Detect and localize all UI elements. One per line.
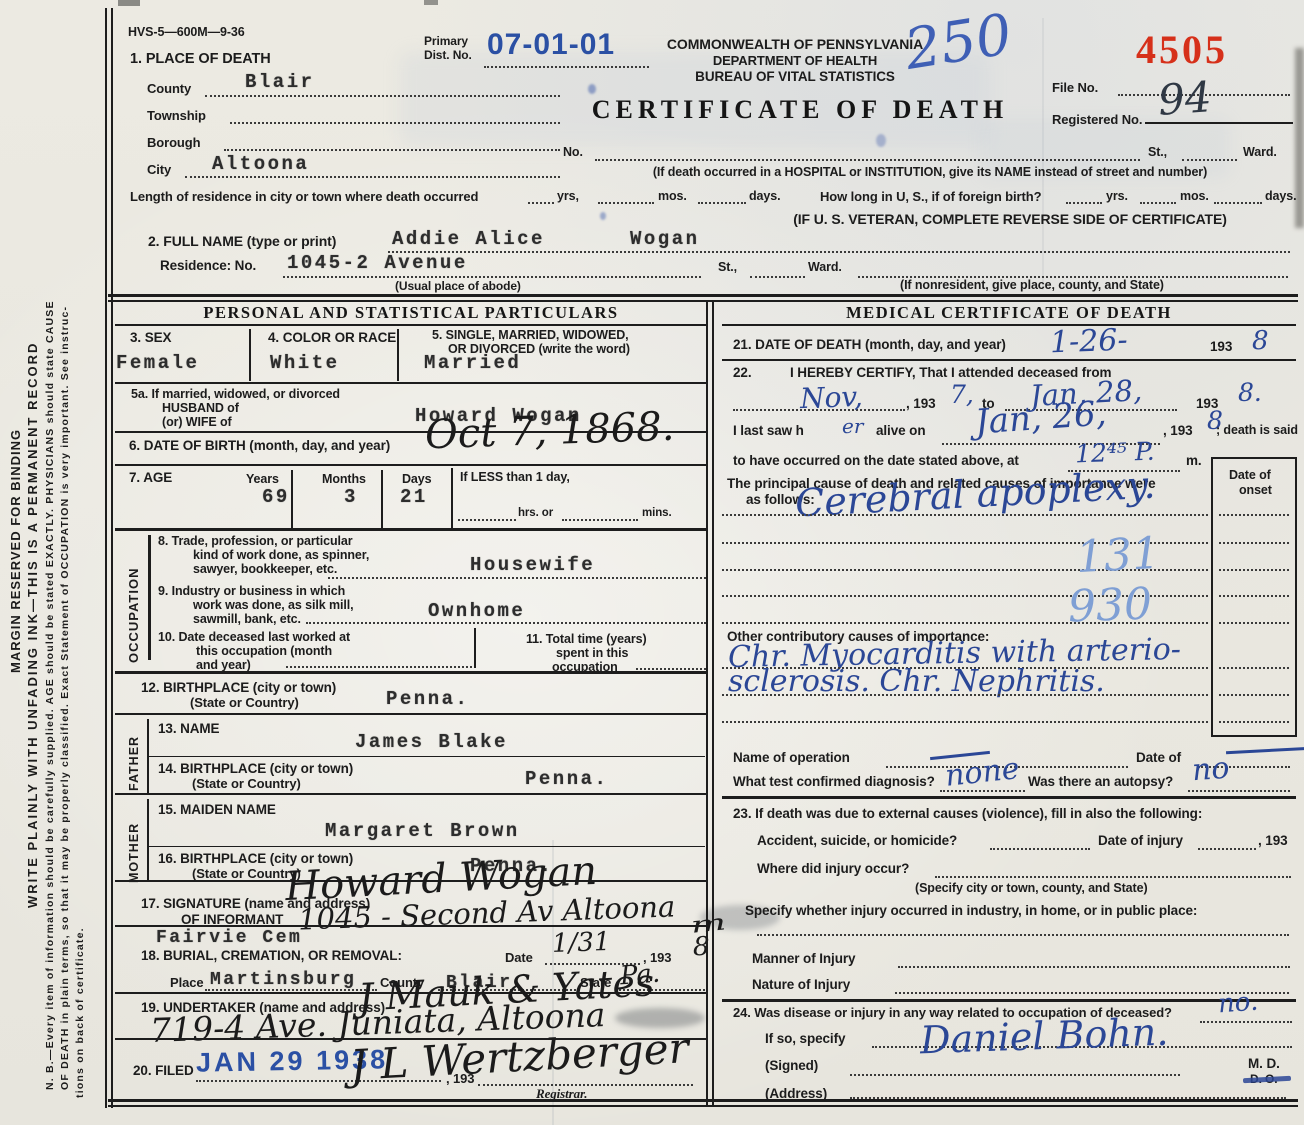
dob-value: Oct 7, 1868. [424, 404, 675, 459]
cause-code-2: 930 [1067, 579, 1153, 633]
full-name-last: Wogan [630, 228, 700, 250]
months-label: Months [322, 472, 366, 486]
days2-line [1214, 202, 1262, 204]
injury-date-label: Date of injury [1098, 833, 1183, 848]
mother-name-value: Margaret Brown [325, 820, 520, 842]
residence-line [283, 276, 701, 278]
operation-label: Name of operation [733, 750, 850, 765]
burial-date-value: 1/31 [551, 927, 610, 959]
primary-dist-stamp: 07-01-01 [487, 28, 615, 62]
specify-injury-label: Specify whether injury occurred in indus… [745, 903, 1197, 918]
race-marital-divider [397, 329, 399, 381]
hrs-line [458, 519, 516, 521]
race-label: 4. COLOR OR RACE [268, 330, 396, 345]
date-of-death-label: 21. DATE OF DEATH (month, day, and year) [733, 337, 1006, 352]
lastsaw-text-3: ; death is said [1216, 423, 1298, 437]
lastsaw-date: Jan, 26, [974, 393, 1108, 442]
trade-label-1: 8. Trade, profession, or particular [158, 534, 352, 548]
marital-label-1: 5. SINGLE, MARRIED, WIDOWED, [432, 328, 629, 342]
age-bottom-rule [115, 528, 707, 531]
onset-box-left [1211, 457, 1213, 737]
certificate-number: 4505 [1112, 26, 1252, 73]
less-than-day-label: If LESS than 1 day, [460, 470, 570, 484]
place-of-death-heading: 1. PLACE OF DEATH [130, 51, 271, 67]
informant-rule [115, 925, 707, 927]
injury-date-line [1198, 848, 1256, 850]
dob-label: 6. DATE OF BIRTH (month, day, and year) [129, 438, 390, 453]
burial-date-label: Date [505, 950, 533, 965]
medical-section-title: MEDICAL CERTIFICATE OF DEATH [722, 303, 1296, 323]
registered-no-line [1145, 122, 1293, 124]
test-label: What test confirmed diagnosis? [733, 774, 935, 789]
cause-code-1: 131 [1075, 528, 1162, 583]
foreign-birth-label: How long in U, S., if of foreign birth? [820, 189, 1041, 204]
mother-bracket [147, 799, 149, 881]
bottom-rule-2 [108, 1105, 1298, 1107]
race-value: White [270, 352, 340, 374]
md-label: M. D. [1248, 1056, 1280, 1071]
birthplace-label-1: 12. BIRTHPLACE (city or town) [141, 680, 336, 695]
column-divider-2 [712, 300, 714, 1106]
mother-name-line [148, 846, 705, 847]
father-bp-label-1: 14. BIRTHPLACE (city or town) [158, 761, 353, 776]
autopsy-label: Was there an autopsy? [1028, 774, 1173, 789]
personal-section-title: PERSONAL AND STATISTICAL PARTICULARS [115, 303, 707, 323]
ward-label: Ward. [1243, 145, 1277, 159]
full-name-first: Addie Alice [392, 228, 545, 250]
days-age-label: Days [402, 472, 431, 486]
where-injury-note: (Specify city or town, county, and State… [915, 881, 1148, 895]
injury-year-prefix: , 193 [1258, 833, 1288, 848]
onset-line [1219, 694, 1289, 696]
if-so-label: If so, specify [765, 1031, 845, 1046]
occupation-side-label: OCCUPATION [126, 533, 141, 663]
yrs2-label: yrs. [1106, 189, 1128, 203]
bottom-rule-1 [108, 1099, 1298, 1102]
autopsy-line [1188, 790, 1290, 792]
cause-line [722, 514, 1208, 516]
onset-label-1: Date of [1229, 468, 1271, 482]
days2-label: days. [1265, 189, 1296, 203]
margin-nb-line1: N. B.—Every item of information should b… [44, 140, 56, 1090]
related-line [1200, 1021, 1292, 1023]
occurred-text: to have occurred on the date stated abov… [733, 453, 1019, 468]
years-label: Years [246, 472, 279, 486]
medical-title-rule [722, 324, 1296, 326]
left-border-outer [105, 8, 107, 1108]
burial-place-line [205, 989, 377, 991]
onset-line [1219, 667, 1289, 669]
from-year-prefix: , 193 [906, 396, 936, 411]
stray-pen-mark: m [689, 910, 727, 939]
birthplace-value: Penna. [386, 688, 469, 710]
county-label: County [147, 81, 191, 96]
father-name-value: James Blake [355, 731, 508, 753]
trade-value: Housewife [470, 554, 595, 576]
signed-label: (Signed) [765, 1058, 818, 1073]
file-no-label: File No. [1052, 80, 1098, 95]
mos-label: mos. [658, 189, 687, 203]
operation-date-label: Date of [1136, 750, 1181, 765]
sex-value: Female [116, 352, 199, 374]
column-divider-1 [706, 300, 708, 1106]
date-of-death-value: 1-26- [1049, 323, 1128, 361]
occupation-bracket [148, 535, 151, 660]
ink-speckle [600, 212, 606, 220]
city-label: City [147, 162, 171, 177]
autopsy-value: no [1191, 751, 1231, 789]
residence-length-label: Length of residence in city or town wher… [130, 189, 478, 204]
margin-nb-line3: tions on back of certificate. [74, 868, 86, 1098]
onset-box-top [1211, 457, 1297, 459]
age-days-value: 21 [400, 486, 428, 508]
age-divider-1 [291, 470, 293, 528]
borough-label: Borough [147, 135, 200, 150]
hospital-note: (If death occurred in a HOSPITAL or INST… [600, 165, 1260, 179]
edge-nick [424, 0, 438, 5]
totaltime-label-1: 11. Total time (years) [526, 632, 647, 646]
birthplace-label-2: (State or Country) [190, 695, 299, 710]
autopsy-rule [722, 796, 1296, 799]
primary-dist-label-2: Dist. No. [424, 48, 472, 62]
personal-title-rule [115, 324, 707, 326]
occupation-bottom-rule [115, 671, 707, 674]
death-certificate-page: MARGIN RESERVED FOR BINDING WRITE PLAINL… [0, 0, 1304, 1125]
age-label: 7. AGE [129, 470, 172, 485]
age-months-value: 3 [344, 486, 358, 508]
injury-rule [722, 999, 1296, 1002]
borough-line [224, 149, 560, 151]
certify-number: 22. [733, 365, 751, 380]
industry-line [306, 622, 706, 624]
marital-value: Married [424, 352, 521, 374]
burial-place-label: Place [170, 975, 203, 990]
margin-nb-line2: OF DEATH in plain terms, so that it may … [59, 140, 71, 1090]
lastsaw-year-prefix: , 193 [1163, 423, 1193, 438]
specify-injury-line [757, 934, 1289, 936]
father-side-label: FATHER [127, 719, 141, 791]
full-name-label: 2. FULL NAME (type or print) [148, 233, 336, 249]
full-name-line [388, 251, 1290, 253]
sex-race-divider [249, 329, 251, 381]
county-value: Blair [245, 71, 315, 93]
burial-place-value: Martinsburg [210, 970, 356, 990]
ink-speckle [588, 84, 596, 94]
lastsaw-fill: er [842, 414, 863, 438]
industry-label-2: work was done, as silk mill, [193, 598, 353, 612]
age-divider-2 [381, 470, 383, 528]
mins-line [562, 519, 638, 521]
no-label: No. [563, 145, 583, 159]
physician-signature: Daniel Bohn. [919, 1010, 1169, 1063]
attended-from-value: Nov, [799, 380, 863, 415]
days-line [698, 202, 746, 204]
father-bp-label-2: (State or Country) [192, 776, 301, 791]
related-occupation-value: no. [1217, 987, 1259, 1020]
filed-label: 20. FILED [133, 1063, 194, 1078]
industry-value: Ownhome [428, 600, 525, 622]
lastsaw-text-1: I last saw h [733, 423, 804, 438]
primary-dist-label-1: Primary [424, 34, 468, 48]
age-divider-3 [451, 468, 453, 528]
mins-label: mins. [642, 507, 672, 519]
accident-label: Accident, suicide, or homicide? [757, 833, 957, 848]
township-line [230, 122, 560, 124]
spouse-label-1: 5a. If married, widowed, or divorced [131, 387, 340, 401]
onset-line [1219, 514, 1289, 516]
lastwork-total-divider [474, 628, 476, 668]
mos-line [598, 202, 654, 204]
ink-speckle [876, 134, 886, 147]
test-value: none [943, 751, 1021, 794]
trade-label-3: sawyer, bookkeeper, etc. [193, 562, 337, 576]
lastwork-label-1: 10. Date deceased last worked at [158, 630, 350, 644]
mother-side-label: MOTHER [127, 799, 141, 883]
left-border-inner [111, 8, 113, 1108]
certificate-title: CERTIFICATE OF DEATH [590, 95, 1010, 125]
spouse-label-2: HUSBAND of [162, 401, 239, 415]
onset-line [1219, 721, 1289, 723]
trade-label-2: kind of work done, as spinner, [193, 548, 369, 562]
onset-box-right [1295, 457, 1297, 737]
onset-line [1219, 569, 1289, 571]
handwritten-250: 250 [901, 2, 1017, 83]
yrs-label: yrs, [557, 189, 579, 203]
to-year-digit: 8. [1238, 378, 1262, 407]
mos2-line [1140, 202, 1176, 204]
dod-year-digit: 8 [1252, 326, 1269, 356]
dod-year-prefix: 193 [1210, 339, 1232, 354]
father-name-label: 13. NAME [158, 721, 219, 736]
signed-line [850, 1074, 1180, 1076]
residence-ward-label: Ward. [808, 260, 842, 274]
city-value: Altoona [212, 153, 309, 175]
city-line [185, 176, 560, 178]
row-rule [115, 464, 707, 466]
address-line [850, 1097, 1286, 1099]
manner-label: Manner of Injury [752, 951, 855, 966]
margin-ink-note: WRITE PLAINLY WITH UNFADING INK—THIS IS … [25, 268, 40, 908]
onset-line [1219, 542, 1289, 544]
father-bp-value: Penna. [525, 768, 608, 790]
operation-date-dash-stroke [1226, 747, 1304, 754]
spouse-label-3: (or) WIFE of [162, 415, 232, 429]
onset-line [1219, 595, 1289, 597]
yrs2-line [1066, 202, 1102, 204]
header-divider-1 [108, 294, 1298, 297]
registered-no-label: Registered No. [1052, 112, 1142, 127]
nonresident-note: (If nonresident, give place, county, and… [900, 278, 1164, 292]
father-name-line [148, 756, 705, 757]
lastsaw-text-2: alive on [876, 423, 925, 438]
totaltime-line [636, 668, 706, 670]
street-line [595, 159, 1140, 161]
sex-label: 3. SEX [130, 330, 171, 345]
form-number: HVS-5—600M—9-36 [128, 25, 245, 39]
contributory-line [722, 694, 1208, 696]
header-divider-2 [108, 300, 1298, 302]
cemetery-value: Fairvie Cem [156, 928, 302, 948]
industry-label-1: 9. Industry or business in which [158, 584, 345, 598]
residence-st-line [750, 276, 805, 278]
from-year-digit: 7, [950, 380, 974, 409]
contributory-line [722, 721, 1208, 723]
days-label: days. [749, 189, 780, 203]
veteran-note: (IF U. S. VETERAN, COMPLETE REVERSE SIDE… [770, 211, 1250, 227]
test-line [940, 790, 1025, 792]
hrs-label: hrs. or [518, 507, 553, 519]
yrs-line [528, 202, 554, 204]
occurred-m-label: m. [1186, 453, 1202, 468]
row-rule [115, 382, 707, 384]
onset-line [1219, 622, 1289, 624]
industry-label-3: sawmill, bank, etc. [193, 612, 301, 626]
abode-note: (Usual place of abode) [395, 279, 521, 293]
residence-st-label: St., [718, 260, 737, 274]
residence-value: 1045-2 Avenue [287, 252, 468, 274]
township-label: Township [147, 108, 206, 123]
row-rule [115, 713, 707, 715]
nature-label: Nature of Injury [752, 977, 850, 992]
lastwork-label-2: this occupation (month [196, 644, 332, 658]
age-years-value: 69 [262, 486, 290, 508]
lastwork-line [286, 666, 472, 668]
totaltime-label-2: spent in this [556, 646, 628, 660]
st-label: St., [1148, 145, 1167, 159]
manner-line [898, 966, 1290, 968]
mos2-label: mos. [1180, 189, 1209, 203]
address-label: (Address) [765, 1086, 827, 1101]
accident-line [990, 848, 1090, 850]
where-injury-label: Where did injury occur? [757, 861, 909, 876]
mother-name-label: 15. MAIDEN NAME [158, 802, 276, 817]
onset-label-2: onset [1239, 483, 1272, 497]
registered-no-value: 94 [1156, 72, 1213, 125]
margin-binding-note: MARGIN RESERVED FOR BINDING [8, 418, 23, 673]
edge-nick [118, 0, 140, 6]
where-injury-line [935, 876, 1291, 878]
father-bottom-rule [115, 793, 707, 795]
external-causes-label: 23. If death was due to external causes … [733, 806, 1202, 821]
lastwork-label-3: and year) [196, 658, 251, 672]
onset-box-bottom [1211, 735, 1297, 737]
residence-label: Residence: No. [160, 258, 256, 273]
crease [1042, 18, 1044, 290]
burial-label: 18. BURIAL, CREMATION, OR REMOVAL: [141, 948, 402, 963]
st-line [1182, 159, 1237, 161]
county-line [205, 95, 560, 97]
trade-line [328, 577, 706, 579]
dod-rule [722, 359, 1296, 361]
